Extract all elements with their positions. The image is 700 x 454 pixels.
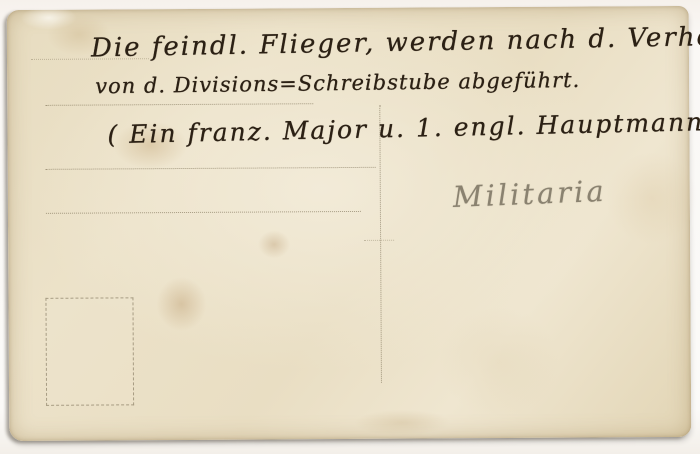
handwriting-line-1: Die feindl. Flieger, werden nach d. Verh…	[91, 22, 700, 64]
stain	[156, 277, 206, 331]
address-divider-line	[379, 105, 382, 383]
handwriting-line-3: ( Ein franz. Major u. 1. engl. Hauptmann…	[107, 107, 700, 149]
pencil-guide-line	[46, 211, 361, 214]
pencil-note: Militaria	[452, 174, 607, 214]
stamp-box-outline	[45, 297, 134, 406]
pencil-guide-tick	[364, 240, 394, 241]
stain	[258, 230, 290, 258]
edge-wear-spot	[21, 6, 77, 30]
stain	[354, 409, 450, 436]
stain	[439, 307, 560, 418]
pencil-guide-line	[46, 167, 376, 170]
handwriting-line-2: von d. Divisions=Schreibstube abgeführt.	[95, 68, 580, 98]
pencil-guide-line	[45, 103, 313, 106]
postcard: Die feindl. Flieger, werden nach d. Verh…	[7, 6, 692, 441]
stain	[606, 152, 699, 245]
